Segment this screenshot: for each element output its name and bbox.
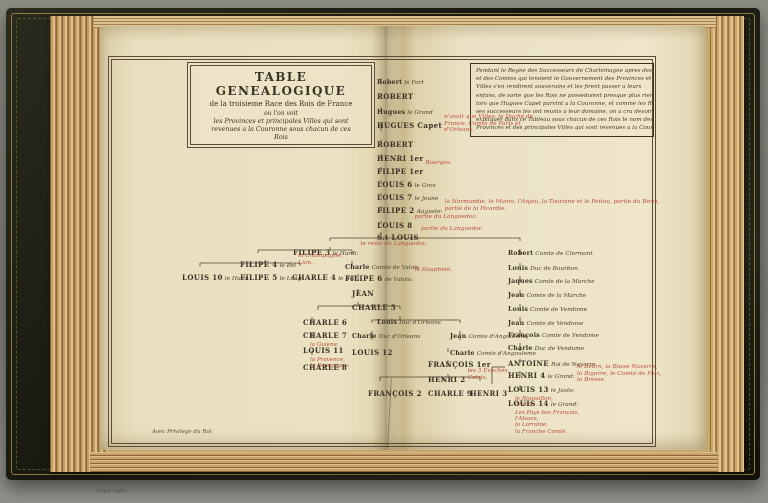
tree-node: CHARLE 8 bbox=[303, 356, 347, 374]
acquisition-annotation-block: Les Pays bas François,l'Alsace,la Lorrai… bbox=[515, 410, 579, 436]
person-epithet: le Grand: bbox=[551, 402, 578, 408]
person-name: LOUIS 12 bbox=[352, 348, 393, 357]
acquisition-annotation: partie du Languedoc. bbox=[421, 226, 484, 233]
acquisition-annotation: le reste du Languedoc. bbox=[361, 241, 428, 248]
acquisition-annotation: le Bearn, la Basse Navarre, la Bigorre, … bbox=[577, 364, 662, 384]
person-name: LOUIS 14 bbox=[508, 399, 549, 408]
tree-node: CharleDuc de Vendome bbox=[508, 336, 584, 354]
tree-node: FRANÇOIS 2 bbox=[368, 382, 422, 400]
person-name: HUGUES Capet bbox=[377, 121, 442, 130]
acquisition-annotation: le Dauphiné. bbox=[415, 267, 452, 274]
tree-node: LOUIS 14le Grand:Les Pays bas François,l… bbox=[508, 392, 579, 435]
photographed-atlas-scene: TABLE GENEALOGIQUE de la troisieme Race … bbox=[0, 0, 768, 503]
person-name: LOUIS 11 bbox=[303, 346, 344, 355]
tree-node: LOUIS 10le Hutin bbox=[182, 266, 249, 284]
acquisition-annotation: la Normandie, le Maine, l'Anjou, la Tour… bbox=[445, 199, 670, 212]
acquisition-annotation: n'avoit que Villes: le Duché de France, … bbox=[444, 114, 544, 134]
tree-node: CharleDuc d'Orleans bbox=[352, 324, 420, 342]
tree-node: HENRI 3 bbox=[470, 382, 508, 400]
copyright-line: Copyright ···· ······ ········ ······ bbox=[96, 488, 188, 494]
person-name: HENRI 3 bbox=[470, 389, 508, 398]
person-name: CHARLE 8 bbox=[303, 363, 347, 372]
person-name: Jean bbox=[450, 333, 466, 340]
acquisition-annotation-line: la Franche Comté. bbox=[515, 429, 579, 435]
acquisition-annotation: la Champagne, Lion. bbox=[298, 253, 350, 266]
person-name: CHARLE 4 bbox=[292, 273, 336, 282]
person-epithet: de Valois: bbox=[385, 277, 413, 283]
genealogy-tree: Robertle FortROBERTHuguesle GrandHUGUES … bbox=[0, 0, 768, 503]
acquisition-annotation: partie du Languedoc. bbox=[415, 214, 478, 221]
person-name: Charle bbox=[508, 345, 533, 352]
person-name: LOUIS 10 bbox=[182, 273, 223, 282]
person-name: Charle bbox=[352, 333, 377, 340]
person-name: FRANÇOIS 2 bbox=[368, 389, 422, 398]
person-name: CHARLE 9 bbox=[428, 389, 472, 398]
person-epithet: Duc d'Orleans bbox=[379, 334, 421, 340]
acquisition-annotation: Bourges. bbox=[426, 160, 452, 167]
tree-node: CHARLE 9 bbox=[428, 382, 472, 400]
privilege-caption: Avec Privilege du Roi bbox=[152, 429, 211, 435]
tree-node: LOUIS 12 bbox=[352, 341, 393, 359]
person-name: FILIPE 5 bbox=[240, 273, 278, 282]
tree-node: HUGUES Capetn'avoit que Villes: le Duché… bbox=[377, 114, 544, 134]
